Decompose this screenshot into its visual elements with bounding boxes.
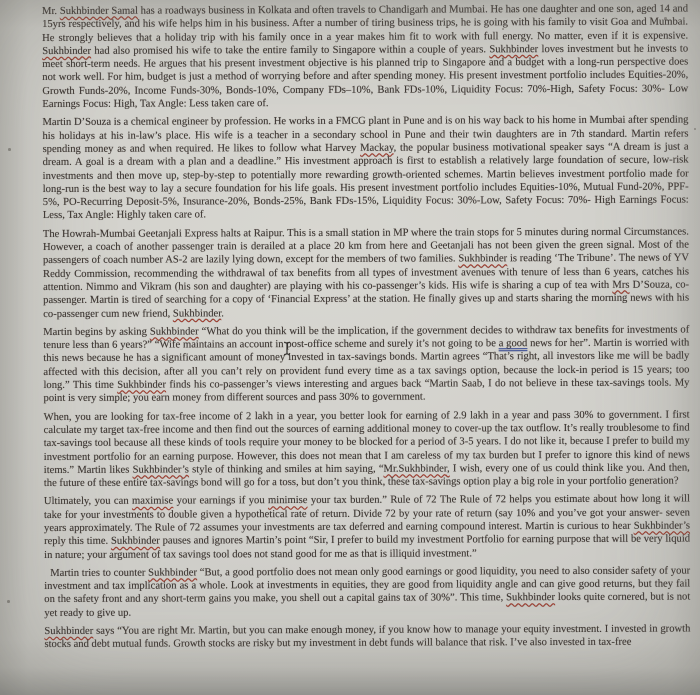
text-run: reply this time. [44,536,111,547]
paragraph: The Howrah-Mumbai Geetanjali Express hal… [43,225,689,321]
misspelled-word: Sukhbinder Samal [60,6,138,17]
text-run: . [221,308,224,319]
misspelled-word: Sukhbinder [173,308,221,319]
paragraph: Martin begins by asking Sukhbinder “What… [43,323,689,405]
photo-speck [502,28,504,30]
text-run: Martin begins by asking [43,326,150,337]
misspelled-word: maximise [132,496,173,507]
document-page: Mr. Sukhbinder Samal has a roadways busi… [42,3,690,657]
text-run: Mr. [42,6,60,17]
misspelled-word: Sukhbinder [150,326,199,337]
misspelled-word: Mrs [612,280,629,291]
misspelled-word: Sukhbinder [117,380,166,391]
paragraph: When, you are looking for tax-free incom… [44,408,690,490]
paragraph: Martin D’Souza is a chemical engineer by… [42,114,688,223]
text-run: style of thinking and smiles at him sayi… [189,463,384,475]
misspelled-word: Sukhbinder [458,254,507,265]
paragraph: Mr. Sukhbinder Samal has a roadways busi… [42,3,688,112]
misspelled-word: Mackay [360,143,393,154]
text-ibeam-cursor-icon [282,341,292,356]
misspelled-word: Sukhbinder [148,567,197,578]
paragraph: Ultimately, you can maximise your earnin… [44,493,690,562]
text-run: your earnings if you [173,496,268,507]
grammar-flagged-word: a good [499,338,528,349]
misspelled-word: Sukhbinder [42,46,91,57]
text-run: had also promised his wife to take the e… [91,44,489,57]
paragraph: Martin tries to counter Sukhbinder “But,… [44,564,690,620]
misspelled-word: minimise [268,495,307,506]
photo-speck [8,148,11,151]
document-photo: Mr. Sukhbinder Samal has a roadways busi… [0,0,700,695]
photo-speck [694,128,696,130]
paragraph: Sukhbinder says “You are right Mr. Marti… [44,623,690,652]
misspelled-word: Mr.Sukhbinder, [384,463,450,474]
misspelled-word: Sukhbinder [44,626,93,637]
misspelled-word: Sukhbinder [111,536,160,547]
text-run: has a roadways business in Kolkata and o… [42,4,688,44]
text-run: Martin tries to counter [50,567,148,578]
misspelled-word: Sukhbinder’s [133,464,189,475]
text-run: Ultimately, you can [44,496,132,507]
photo-speck [664,17,667,20]
misspelled-word: Sukhbinder’s [634,521,690,532]
photo-speck [7,600,10,603]
misspelled-word: Sukhbinder [489,44,538,55]
text-run: says “You are right Mr. Martin, but you … [44,624,690,651]
misspelled-word: Sukhbinder [506,593,555,604]
